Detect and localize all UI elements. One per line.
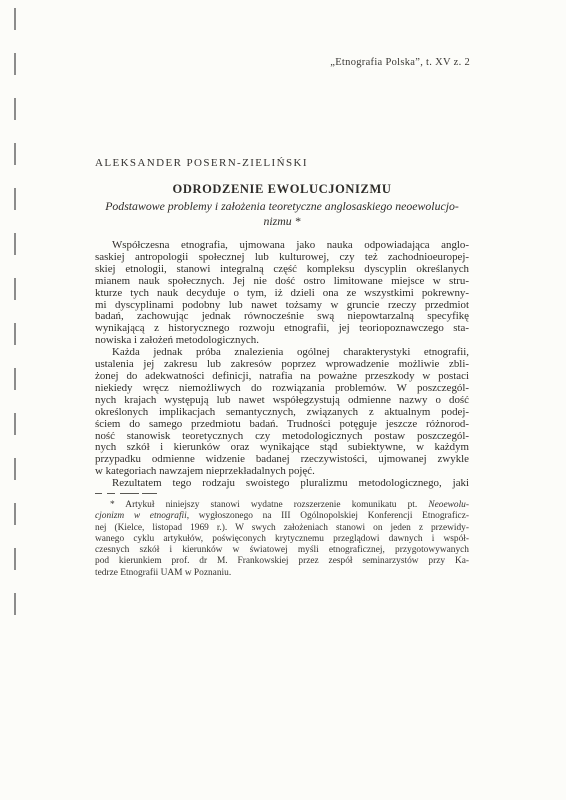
subtitle-line-1: Podstawowe problemy i założenia teoretyc… — [88, 199, 476, 214]
text-line: czesnych szkół i kierunków w światowej m… — [95, 545, 469, 556]
text-line: określonych implikacjach semantycznych, … — [95, 407, 469, 419]
text-segment: * Artykuł niniejszy stanowi wydatne rozs… — [110, 500, 428, 510]
italic-text-segment: Neoewolu- — [428, 500, 469, 510]
article-subtitle: Podstawowe problemy i założenia teoretyc… — [88, 199, 476, 229]
footnote: * Artykuł niniejszy stanowi wydatne rozs… — [95, 500, 469, 579]
article-body: Współczesna etnografia, ujmowana jako na… — [95, 240, 469, 490]
text-line: wanego cyklu artykułów, poświęconych kry… — [95, 534, 469, 545]
paragraph-3: Rezultatem tego rodzaju swoistego plural… — [95, 478, 469, 490]
text-line: cjonizm w etnografii, wygłoszonego na II… — [95, 511, 469, 522]
paragraph-2: Każda jednak próba znalezienia ogólnej c… — [95, 347, 469, 478]
paragraph-1: Współczesna etnografia, ujmowana jako na… — [95, 240, 469, 347]
text-line: nych krajach występują lub nawet współeg… — [95, 395, 469, 407]
subtitle-line-2: nizmu * — [88, 214, 476, 229]
text-line: pod kierunkiem prof. dr M. Frankowskiej … — [95, 556, 469, 567]
binding-marks — [14, 8, 16, 630]
article-title: ODRODZENIE EWOLUCJONIZMU — [95, 182, 469, 197]
journal-header: „Etnografia Polska”, t. XV z. 2 — [330, 57, 470, 68]
text-line: nej (Kielce, listopad 1969 r.). W swych … — [95, 523, 469, 534]
text-segment: , wygłoszonego na III Ogólnopolskiej Kon… — [187, 511, 469, 521]
text-line: kturze tych nauk decyduje o tym, iż dzie… — [95, 288, 469, 300]
author-name: ALEKSANDER POSERN-ZIELIŃSKI — [95, 157, 308, 169]
footnote-separator — [95, 493, 157, 494]
italic-text-segment: cjonizm w etnografii — [95, 511, 187, 521]
text-line: ściem do samego przedmiotu badań. Trudno… — [95, 419, 469, 431]
text-line: * Artykuł niniejszy stanowi wydatne rozs… — [95, 500, 469, 511]
text-line: mianem nauk społecznych. Jej nie dość os… — [95, 276, 469, 288]
text-line: skiej etnologii, stanowi integralną częś… — [95, 264, 469, 276]
text-line: Rezultatem tego rodzaju swoistego plural… — [95, 478, 469, 490]
text-line: niekiedy wręcz niemożliwych do rozwiązan… — [95, 383, 469, 395]
scanned-journal-page: „Etnografia Polska”, t. XV z. 2 ALEKSAND… — [0, 0, 566, 800]
text-line: tedrze Etnografii UAM w Poznaniu. — [95, 568, 469, 579]
